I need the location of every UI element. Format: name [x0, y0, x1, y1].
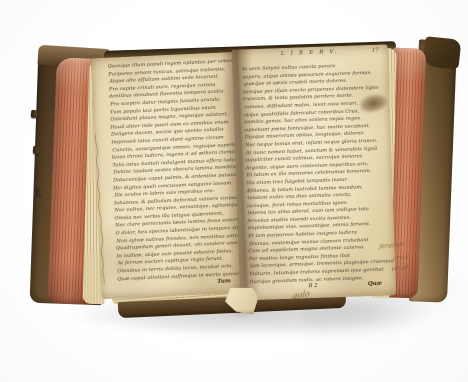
running-header: L I B E R V.: [232, 47, 388, 58]
catchword-right: Quæ: [368, 281, 382, 287]
running-header-row: L I B E R V. 17: [232, 47, 388, 60]
clasp-remnant: [33, 146, 40, 154]
folio-number: 17: [372, 48, 379, 54]
signature-mark: B 2: [308, 283, 317, 289]
clasp-remnant: [31, 110, 38, 118]
catchword-left: Tum: [217, 278, 231, 285]
clasp-remnant: [36, 188, 43, 196]
right-cover-corner: [423, 36, 462, 70]
photo-background: Quosq́ue illum populi regem optantes per…: [0, 0, 468, 382]
